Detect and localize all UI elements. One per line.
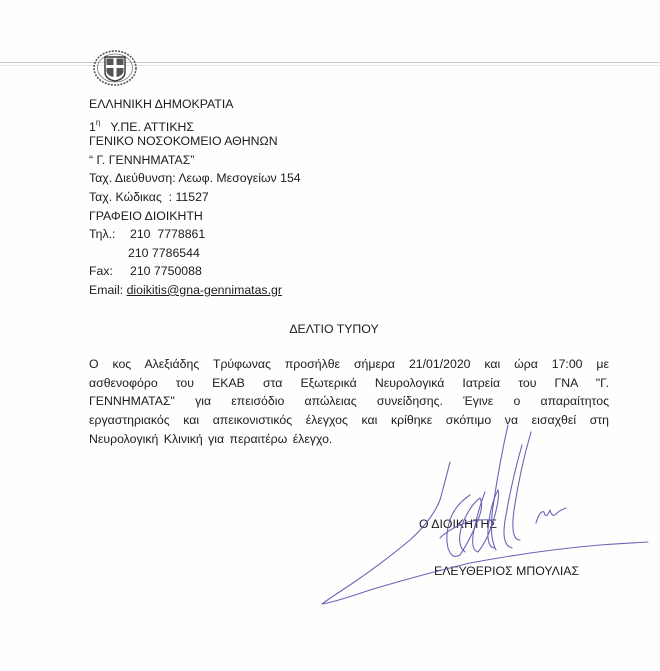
letterhead: ΕΛΛΗΝΙΚΗ ΔΗΜΟΚΡΑΤΙΑ 1η Υ.ΠΕ. ΑΤΤΙΚΗΣ ΓΕΝ… — [89, 95, 301, 300]
email-line: Email: dioikitis@gna-gennimatas.gr — [89, 281, 301, 300]
health-region: 1η Υ.ΠΕ. ΑΤΤΙΚΗΣ — [89, 114, 301, 133]
signatory-name: ΕΛΕΥΘΕΡΙΟΣ ΜΠΟΥΛΙΑΣ — [434, 564, 579, 578]
email-link[interactable]: dioikitis@gna-gennimatas.gr — [127, 283, 282, 297]
body-line: ασθενοφόρο του ΕΚΑΒ στα Εξωτερικά Νευρολ… — [89, 374, 609, 393]
phone-line-2: 210 7786544 — [89, 244, 301, 263]
body-line: Ο κος Αλεξιάδης Τρύφωνας προσήλθε σήμερα… — [89, 355, 609, 374]
hospital-name: ΓΕΝΙΚΟ ΝΟΣΟΚΟΜΕΙΟ ΑΘΗΝΩΝ — [89, 132, 301, 151]
signatory-role: Ο ΔΙΟΙΚΗΤΗΣ — [419, 517, 497, 531]
press-release-page: ΕΛΛΗΝΙΚΗ ΔΗΜΟΚΡΑΤΙΑ 1η Υ.ΠΕ. ΑΤΤΙΚΗΣ ΓΕΝ… — [0, 0, 660, 671]
body-line: εργαστηριακός και απεικονιστικός έλεγχος… — [89, 411, 609, 430]
postal-address: Ταχ. Διεύθυνση: Λεωφ. Μεσογείων 154 — [89, 169, 301, 188]
office-name: ΓΡΑΦΕΙΟ ΔΙΟΙΚΗΤΗ — [89, 207, 301, 226]
hospital-subtitle: “ Γ. ΓΕΝΝΗΜΑΤΑΣ” — [89, 151, 301, 170]
postal-code: Ταχ. Κώδικας : 11527 — [89, 188, 301, 207]
greek-coat-of-arms-icon — [92, 48, 138, 88]
fax-line: Fax:210 7750088 — [89, 262, 301, 281]
body-line: Νευρολογική Κλινική για περαιτέρω έλεγχο… — [89, 430, 609, 449]
body-line: ΓΕΝΝΗΜΑΤΑΣ" για επεισόδιο απώλειας συνεί… — [89, 392, 609, 411]
phone-line-1: Τηλ.:210 7778861 — [89, 225, 301, 244]
press-release-body: Ο κος Αλεξιάδης Τρύφωνας προσήλθε σήμερα… — [89, 355, 609, 448]
document-title: ΔΕΛΤΙΟ ΤΥΠΟΥ — [0, 322, 660, 336]
country-name: ΕΛΛΗΝΙΚΗ ΔΗΜΟΚΡΑΤΙΑ — [89, 95, 301, 114]
